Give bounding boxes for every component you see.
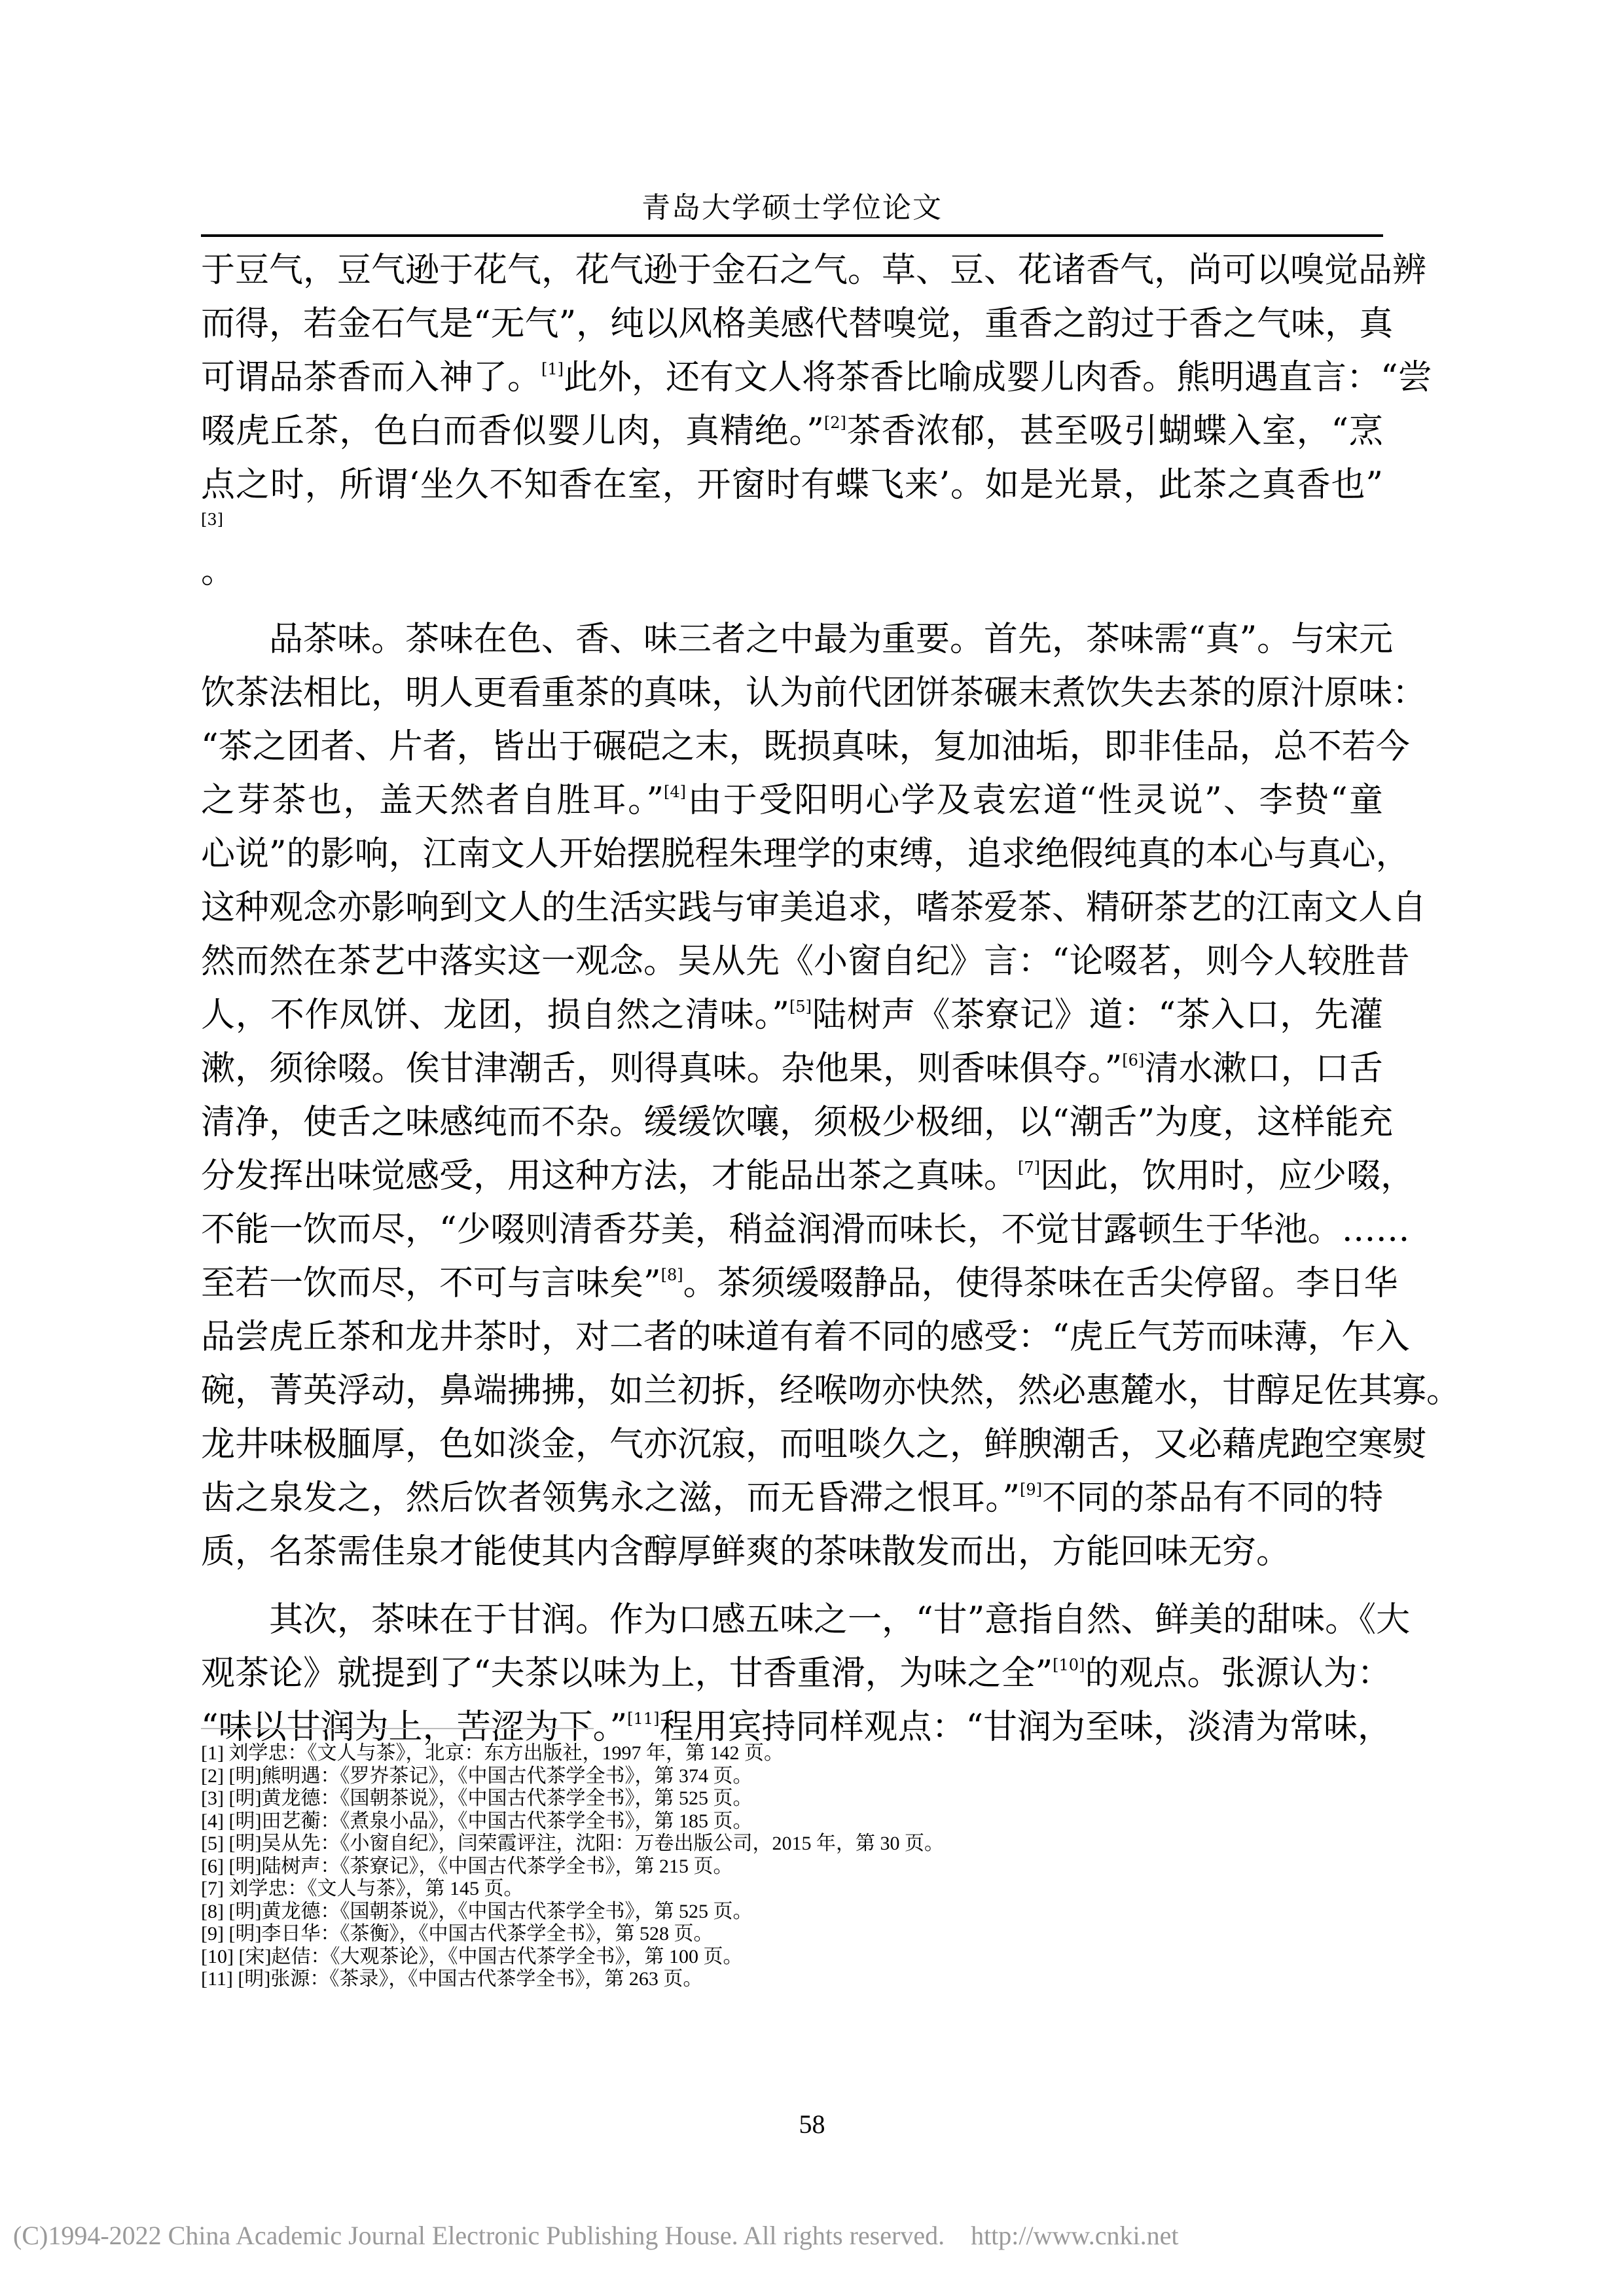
footnote-6: [6] [明]陆树声：《茶寮记》，《中国古代茶学全书》，第 215 页。 [201,1856,1383,1878]
text-line: 清净，使舌之味感纯而不杂。缓缓饮嚷，须极少极细，以“潮舌”为度，这样能充 [201,1096,1383,1149]
line-text: 。茶须缓啜静品，使得茶味在舌尖停留。李日华 [683,1264,1398,1303]
footnote-ref[interactable]: [11] [627,1710,659,1728]
text-line: 龙井味极腼厚，色如淡金，气亦沉寂，而咀啖久之，鲜腴潮舌，又必藉虎跑空寒熨 [201,1418,1383,1471]
text-line: 齿之泉发之，然后饮者领隽永之滋，而无昏滞之恨耳。”[9]不同的茶品有不同的特 [201,1471,1383,1525]
text-line: “茶之团者、片者，皆出于碾硙之末，既损真味，复加油垢，即非佳品，总不若今 [201,720,1383,774]
footnote-ref[interactable]: [8] [661,1266,683,1284]
footnote-ref[interactable]: [5] [789,997,812,1016]
line-text: 这种观念亦影响到文人的生活实践与审美追求，嗜茶爱茶、精研茶艺的江南文人自 [201,888,1426,927]
text-line: 心说”的影响，江南文人开始摆脱程朱理学的束缚，追求绝假纯真的本心与真心， [201,827,1383,881]
line-text: 人，不作凤饼、龙团，损自然之清味。” [201,996,789,1035]
text-line: 观茶论》就提到了“夫茶以味为上，甘香重滑，为味之全”[10]的观点。张源认为： [201,1647,1383,1700]
footnote-3: [3] [明]黄龙德：《国朝茶说》，《中国古代茶学全书》，第 525 页。 [201,1787,1383,1810]
page-number: 58 [0,2109,1624,2140]
footnote-ref[interactable]: [6] [1122,1051,1144,1069]
text-line: 漱，须徐啜。俟甘津潮舌，则得真味。杂他果，则香味俱夺。”[6]清水漱口，口舌 [201,1042,1383,1096]
line-text: 品茶味。茶味在色、香、味三者之中最为重要。首先，茶味需“真”。与宋元 [201,620,1393,659]
line-text: 茶香浓郁，甚至吸引蝴蝶入室，“烹 [846,412,1383,451]
line-text: 漱，须徐啜。俟甘津潮舌，则得真味。杂他果，则香味俱夺。” [201,1049,1122,1088]
line-text: 点之时，所谓‘坐久不知香在室，开窗时有蝶飞来’。如是光景，此茶之真香也” [201,465,1383,505]
line-text: 的观点。张源认为： [1085,1654,1391,1693]
line-text: 观茶论》就提到了“夫茶以味为上，甘香重滑，为味之全” [201,1654,1053,1693]
line-text: 不同的茶品有不同的特 [1042,1479,1383,1518]
line-text: 之芽茶也，盖天然者自胜耳。” [201,781,664,820]
paragraph: 于豆气，豆气逊于花气，花气逊于金石之气。草、豆、花诸香气，尚可以嗅觉品辨而得，若… [201,243,1383,598]
footnote-7: [7] 刘学忠：《文人与茶》，第 145 页。 [201,1878,1383,1901]
line-text: 然而然在茶艺中落实这一观念。吴从先《小窗自纪》言：“论啜茗，则今人较胜昔 [201,942,1410,981]
footnote-8: [8] [明]黄龙德：《国朝茶说》，《中国古代茶学全书》，第 525 页。 [201,1901,1383,1924]
footnote-2: [2] [明]熊明遇：《罗岕茶记》，《中国古代茶学全书》，第 374 页。 [201,1765,1383,1788]
line-text: “茶之团者、片者，皆出于碾硙之末，既损真味，复加油垢，即非佳品，总不若今 [201,727,1410,766]
line-text: 齿之泉发之，然后饮者领隽永之滋，而无昏滞之恨耳。” [201,1479,1020,1518]
text-line: 然而然在茶艺中落实这一观念。吴从先《小窗自纪》言：“论啜茗，则今人较胜昔 [201,935,1383,988]
text-line: 点之时，所谓‘坐久不知香在室，开窗时有蝶飞来’。如是光景，此茶之真香也” [201,458,1383,512]
footnote-ref[interactable]: [7] [1018,1158,1040,1177]
line-text: 品尝虎丘茶和龙井茶时，对二者的味道有着不同的感受：“虎丘气芳而味薄，乍入 [201,1318,1410,1357]
footnote-ref[interactable]: [4] [664,783,686,801]
text-line: 品茶味。茶味在色、香、味三者之中最为重要。首先，茶味需“真”。与宋元 [201,613,1383,666]
text-line: 不能一饮而尽，“少啜则清香芬美，稍益润滑而味长，不觉甘露顿生于华池。…… [201,1203,1383,1257]
line-text: 分发挥出味觉感受，用这种方法，才能品出茶之真味。 [201,1157,1018,1196]
line-text: 其次，茶味在于甘润。作为口感五味之一，“甘”意指自然、鲜美的甜味。《大 [201,1600,1410,1640]
text-line: 可谓品茶香而入神了。[1]此外，还有文人将茶香比喻成婴儿肉香。熊明遇直言：“尝 [201,351,1383,404]
footnote-9: [9] [明]李日华：《茶衡》，《中国古代茶学全书》，第 528 页。 [201,1923,1383,1946]
paragraph: 品茶味。茶味在色、香、味三者之中最为重要。首先，茶味需“真”。与宋元饮茶法相比，… [201,613,1383,1579]
text-line: [3] [201,512,1383,545]
line-text: 此外，还有文人将茶香比喻成婴儿肉香。熊明遇直言：“尝 [564,358,1432,397]
text-line: 品尝虎丘茶和龙井茶时，对二者的味道有着不同的感受：“虎丘气芳而味薄，乍入 [201,1310,1383,1364]
line-text: 心说”的影响，江南文人开始摆脱程朱理学的束缚，追求绝假纯真的本心与真心， [201,834,1410,874]
line-text: 不能一饮而尽，“少啜则清香芬美，稍益润滑而味长，不觉甘露顿生于华池。…… [201,1210,1410,1249]
line-text: 因此，饮用时，应少啜， [1040,1157,1415,1196]
line-text: 程用宾持同样观点：“甘润为至味，淡清为常味， [659,1708,1392,1747]
line-text: 啜虎丘茶，色白而香似婴儿肉，真精绝。” [201,412,824,451]
text-line: 分发挥出味觉感受，用这种方法，才能品出茶之真味。[7]因此，饮用时，应少啜， [201,1149,1383,1203]
text-line: 碗，菁英浮动，鼻端拂拂，如兰初拆，经喉吻亦快然，然必惠麓水，甘醇足佐其寡。 [201,1364,1383,1418]
line-text: 龙井味极腼厚，色如淡金，气亦沉寂，而咀啖久之，鲜腴潮舌，又必藉虎跑空寒熨 [201,1425,1426,1464]
line-text: 于豆气，豆气逊于花气，花气逊于金石之气。草、豆、花诸香气，尚可以嗅觉品辨 [201,251,1426,290]
line-text: 饮茶法相比，明人更看重茶的真味，认为前代团饼茶碾末煮饮失去茶的原汁原味： [201,673,1426,713]
text-line: 其次，茶味在于甘润。作为口感五味之一，“甘”意指自然、鲜美的甜味。《大 [201,1593,1383,1647]
footnote-5: [5] [明]吴从先：《小窗自纪》，闫荣霞评注，沈阳：万卷出版公司，2015 年… [201,1833,1383,1856]
footnotes: [1] 刘学忠：《文人与茶》，北京：东方出版社，1997 年，第 142 页。 … [201,1742,1383,1991]
paragraph-gap [201,1579,1383,1593]
text-line: 至若一饮而尽，不可与言味矣”[8]。茶须缓啜静品，使得茶味在舌尖停留。李日华 [201,1257,1383,1310]
footnote-1: [1] 刘学忠：《文人与茶》，北京：东方出版社，1997 年，第 142 页。 [201,1742,1383,1765]
text-line: 啜虎丘茶，色白而香似婴儿肉，真精绝。”[2]茶香浓郁，甚至吸引蝴蝶入室，“烹 [201,404,1383,458]
footnote-11: [11] [明]张源：《茶录》，《中国古代茶学全书》，第 263 页。 [201,1968,1383,1991]
text-line: 而得，若金石气是“无气”，纯以风格美感代替嗅觉，重香之韵过于香之气味，真 [201,297,1383,351]
text-line: 人，不作凤饼、龙团，损自然之清味。”[5]陆树声《茶寮记》道：“茶入口，先灌 [201,988,1383,1042]
footnote-10: [10] [宋]赵佶：《大观茶论》，《中国古代茶学全书》，第 100 页。 [201,1946,1383,1969]
line-text: 碗，菁英浮动，鼻端拂拂，如兰初拆，经喉吻亦快然，然必惠麓水，甘醇足佐其寡。 [201,1371,1460,1410]
text-line: 这种观念亦影响到文人的生活实践与审美追求，嗜茶爱茶、精研茶艺的江南文人自 [201,881,1383,935]
footnote-4: [4] [明]田艺蘅：《煮泉小品》，《中国古代茶学全书》，第 185 页。 [201,1810,1383,1833]
paragraph-gap [201,598,1383,613]
footnote-ref[interactable]: [9] [1020,1480,1042,1499]
footnote-ref[interactable]: [1] [541,360,564,378]
header-rule [201,234,1383,237]
footnote-ref[interactable]: [2] [824,414,846,432]
text-line: 。 [201,545,1383,598]
text-line: 之芽茶也，盖天然者自胜耳。”[4]由于受阳明心学及袁宏道“性灵说”、李贽“童 [201,774,1383,827]
copyright-watermark: (C)1994-2022 China Academic Journal Elec… [13,2220,1178,2251]
line-text: 陆树声《茶寮记》道：“茶入口，先灌 [812,996,1383,1035]
line-text: “味以甘润为上，苦涩为下。” [201,1708,627,1747]
text-line: 质，名茶需佳泉才能使其内含醇厚鲜爽的茶味散发而出，方能回味无穷。 [201,1525,1383,1579]
text-line: 于豆气，豆气逊于花气，花气逊于金石之气。草、豆、花诸香气，尚可以嗅觉品辨 [201,243,1383,297]
text-line: 饮茶法相比，明人更看重茶的真味，认为前代团饼茶碾末煮饮失去茶的原汁原味： [201,666,1383,720]
line-text: 清水漱口，口舌 [1144,1049,1383,1088]
body-text: 于豆气，豆气逊于花气，花气逊于金石之气。草、豆、花诸香气，尚可以嗅觉品辨而得，若… [201,243,1383,1754]
footnote-ref[interactable]: [10] [1053,1656,1085,1674]
line-text: 可谓品茶香而入神了。 [201,358,541,397]
line-text: 质，名茶需佳泉才能使其内含醇厚鲜爽的茶味散发而出，方能回味无穷。 [201,1532,1290,1571]
line-text: 由于受阳明心学及袁宏道“性灵说”、李贽“童 [686,781,1383,820]
paragraph: 其次，茶味在于甘润。作为口感五味之一，“甘”意指自然、鲜美的甜味。《大观茶论》就… [201,1593,1383,1754]
line-text: 而得，若金石气是“无气”，纯以风格美感代替嗅觉，重香之韵过于香之气味，真 [201,304,1393,344]
line-text: 至若一饮而尽，不可与言味矣” [201,1264,661,1303]
line-text: 清净，使舌之味感纯而不杂。缓缓饮嚷，须极少极细，以“潮舌”为度，这样能充 [201,1103,1393,1142]
footnote-separator [201,1728,594,1729]
footnote-ref[interactable]: [3] [201,511,223,529]
running-header: 青岛大学硕士学位论文 [201,190,1383,226]
line-text: 。 [201,552,235,591]
